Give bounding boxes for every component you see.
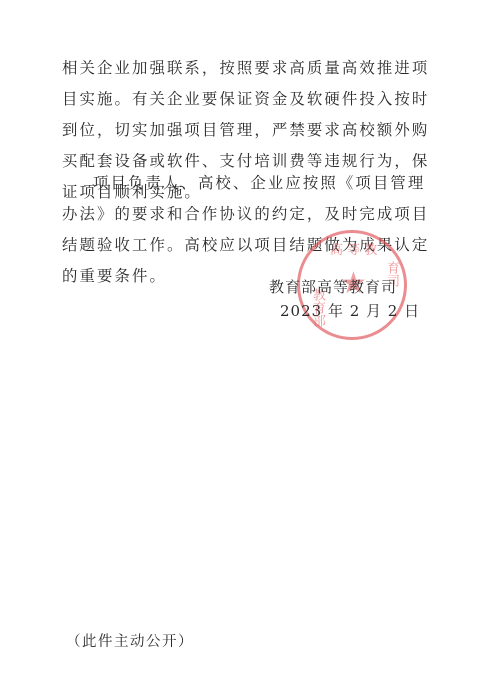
seal-text-top: 高 等 教 <box>330 239 377 258</box>
disclosure-note: （此件主动公开） <box>66 630 194 651</box>
signature-organization: 教育部高等教育司 <box>269 276 397 297</box>
signature-date: 2023 年 2 月 2 日 <box>280 300 420 321</box>
